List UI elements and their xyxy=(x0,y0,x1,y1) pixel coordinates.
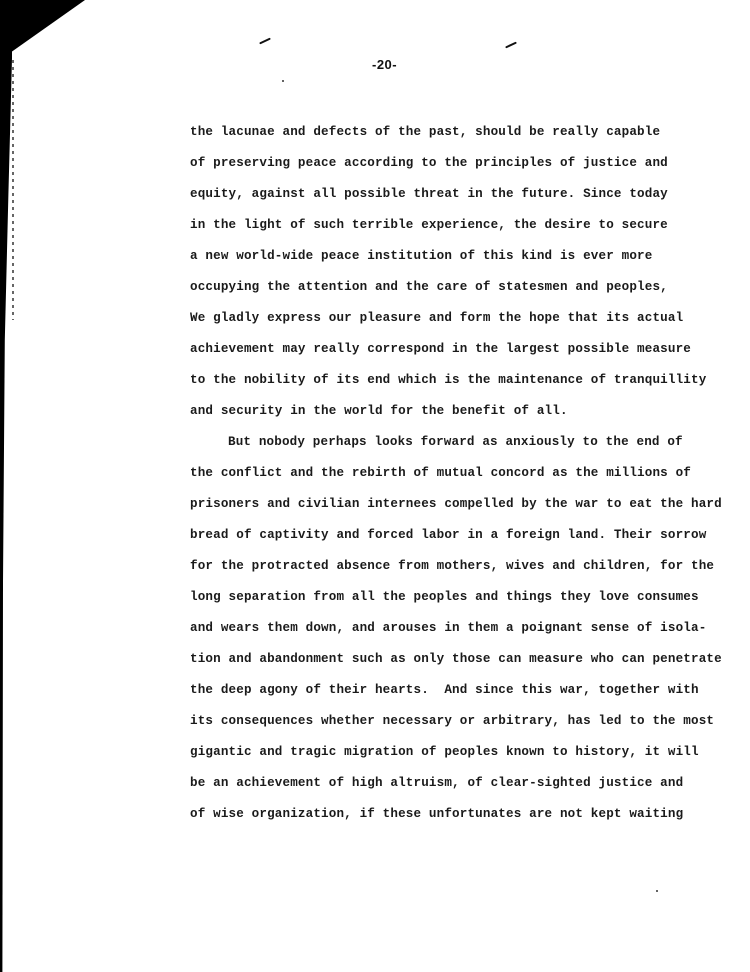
text-line: bread of captivity and forced labor in a… xyxy=(190,520,720,551)
document-body: the lacunae and defects of the past, sho… xyxy=(190,117,720,830)
pencil-mark-left xyxy=(259,38,271,45)
scan-corner-shadow xyxy=(0,0,85,60)
text-line: equity, against all possible threat in t… xyxy=(190,179,720,210)
paragraph-1: the lacunae and defects of the past, sho… xyxy=(190,117,720,427)
text-line: its consequences whether necessary or ar… xyxy=(190,706,720,737)
text-line: the lacunae and defects of the past, sho… xyxy=(190,117,720,148)
text-line: and security in the world for the benefi… xyxy=(190,396,720,427)
pencil-mark-right xyxy=(505,42,517,49)
text-line: We gladly express our pleasure and form … xyxy=(190,303,720,334)
text-line: for the protracted absence from mothers,… xyxy=(190,551,720,582)
text-line: prisoners and civilian internees compell… xyxy=(190,489,720,520)
scan-speck xyxy=(656,890,658,892)
text-line: and wears them down, and arouses in them… xyxy=(190,613,720,644)
scan-speck xyxy=(282,80,284,82)
text-line: in the light of such terrible experience… xyxy=(190,210,720,241)
text-line: occupying the attention and the care of … xyxy=(190,272,720,303)
scan-left-edge xyxy=(0,0,12,972)
text-line: of preserving peace according to the pri… xyxy=(190,148,720,179)
text-line: tion and abandonment such as only those … xyxy=(190,644,720,675)
scan-edge-artifact xyxy=(12,60,14,320)
paragraph-2: But nobody perhaps looks forward as anxi… xyxy=(190,427,720,830)
text-line: the conflict and the rebirth of mutual c… xyxy=(190,458,720,489)
text-line: of wise organization, if these unfortuna… xyxy=(190,799,720,830)
text-line: a new world-wide peace institution of th… xyxy=(190,241,720,272)
text-line: long separation from all the peoples and… xyxy=(190,582,720,613)
text-line: be an achievement of high altruism, of c… xyxy=(190,768,720,799)
text-line: gigantic and tragic migration of peoples… xyxy=(190,737,720,768)
page-number: -20- xyxy=(372,57,397,72)
text-line: achievement may really correspond in the… xyxy=(190,334,720,365)
text-line: the deep agony of their hearts. And sinc… xyxy=(190,675,720,706)
text-line: But nobody perhaps looks forward as anxi… xyxy=(190,427,720,458)
text-line: to the nobility of its end which is the … xyxy=(190,365,720,396)
